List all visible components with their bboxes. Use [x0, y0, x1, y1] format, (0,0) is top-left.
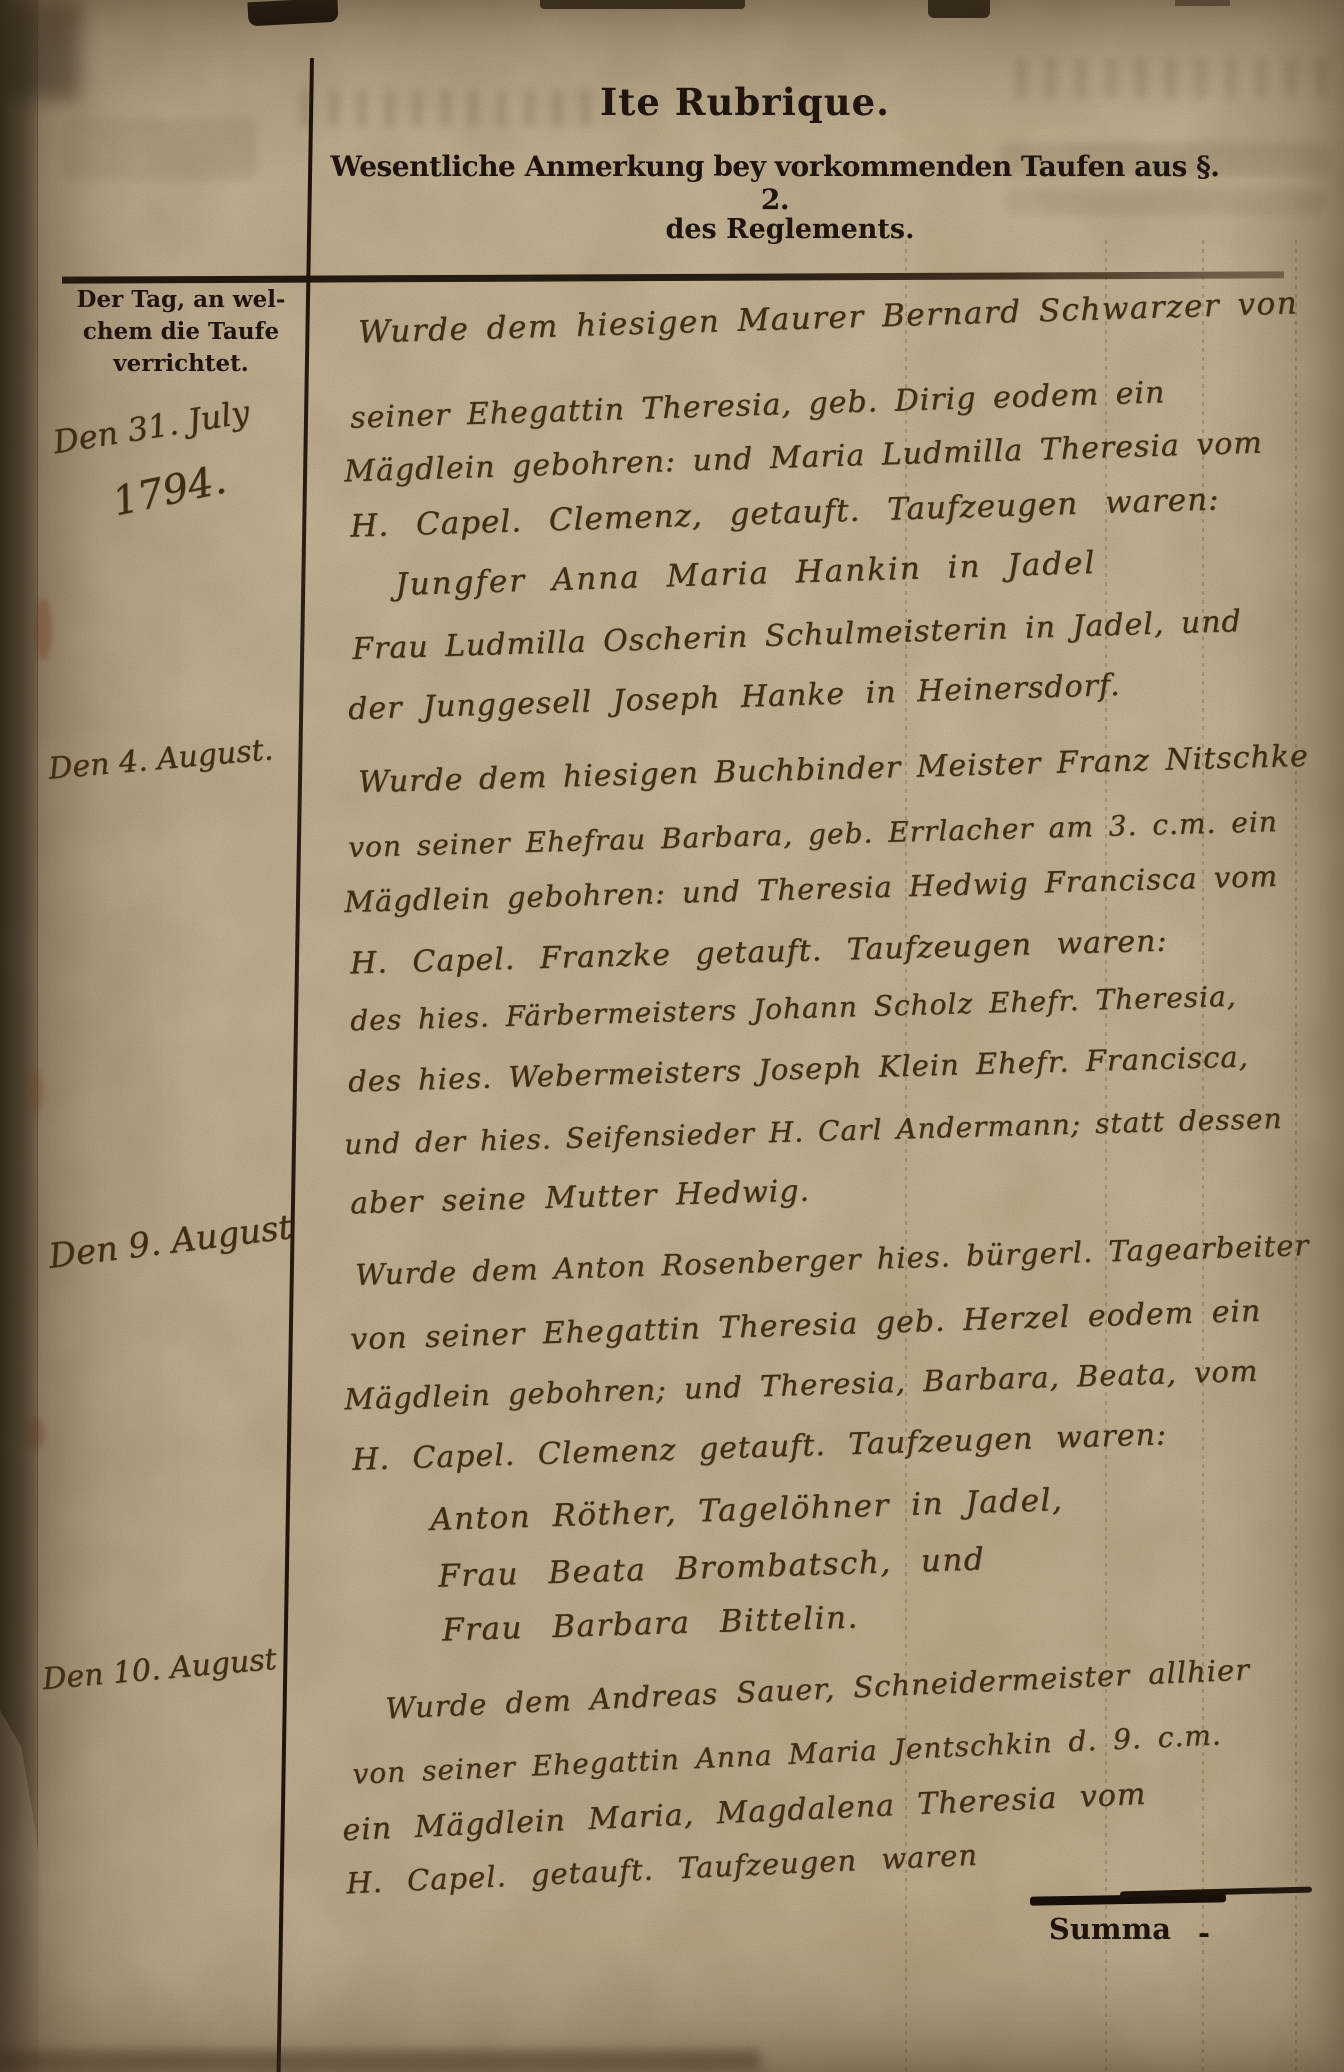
chain-line [1295, 240, 1297, 2072]
register-line: ein Mägdlein Maria, Magdalena Theresia v… [342, 1777, 1147, 1848]
register-page: Ite Rubrique. Wesentliche Anmerkung bey … [0, 0, 1344, 2072]
bleedthrough-mark [1015, 58, 1330, 98]
register-line: Wurde dem Andreas Sauer, Schneidermeiste… [385, 1652, 1251, 1725]
entry-date: Den 31. July [50, 393, 252, 462]
register-line: Frau Barbara Bittelin. [442, 1599, 860, 1648]
top-edge-mark [540, 0, 745, 9]
page-title: Ite Rubrique. [445, 80, 1045, 124]
stain [25, 1418, 45, 1450]
summa-label: Summa [1040, 1912, 1180, 1946]
register-line: Wurde dem hiesigen Buchbinder Meister Fr… [358, 739, 1309, 801]
bleedthrough-mark [62, 118, 257, 180]
register-line: Mägdlein gebohren: und Maria Ludmilla Th… [344, 426, 1264, 490]
corner-shadow [0, 0, 80, 100]
top-edge-mark [928, 0, 990, 18]
header-rule [62, 271, 1284, 283]
summa-dash: - [1198, 1916, 1210, 1950]
register-line: H. Capel. getauft. Taufzeugen waren [346, 1838, 979, 1901]
register-line: Mägdlein gebohren; und Theresia, Barbara… [344, 1354, 1259, 1417]
register-line: Anton Röther, Tagelöhner in Jadel, [430, 1482, 1064, 1538]
register-line: Jungfer Anna Maria Hankin in Jadel [395, 545, 1097, 603]
stain [34, 598, 52, 660]
register-line: der Junggesell Joseph Hanke in Heinersdo… [348, 668, 1121, 727]
register-line: Mägdlein gebohren: und Theresia Hedwig F… [344, 859, 1279, 919]
entry-date: 1794. [108, 457, 230, 526]
register-line: des hies. Webermeisters Joseph Klein Ehe… [348, 1039, 1249, 1098]
top-edge-mark [247, 0, 338, 26]
register-line: Wurde dem Anton Rosenberger hies. bürger… [355, 1228, 1310, 1292]
stain [28, 1068, 43, 1112]
register-line: Frau Beata Brombatsch, und [438, 1541, 986, 1594]
date-column-header-line: verrichtet. [56, 350, 306, 377]
register-line: und der hies. Seifensieder H. Carl Ander… [344, 1102, 1283, 1161]
date-column-header-line: chem die Taufe [56, 318, 306, 345]
entry-date: Den 4. August. [47, 732, 275, 787]
register-line: Wurde dem hiesigen Maurer Bernard Schwar… [358, 285, 1299, 351]
register-line: des hies. Färbermeisters Johann Scholz E… [350, 980, 1237, 1038]
register-line: H. Capel. Clemenz, getauft. Taufzeugen w… [350, 481, 1220, 544]
date-column-header-line: Der Tag, an wel- [56, 286, 306, 313]
register-line: H. Capel. Franzke getauft. Taufzeugen wa… [350, 924, 1168, 982]
header-subtitle: Wesentliche Anmerkung bey vorkommenden T… [315, 150, 1235, 216]
entry-date: Den 9. August [46, 1207, 294, 1277]
register-line: aber seine Mutter Hedwig. [350, 1174, 811, 1222]
top-edge-mark [1175, 0, 1230, 6]
bottom-edge-shadow [0, 2050, 760, 2072]
register-line: von seiner Ehefrau Barbara, geb. Errlach… [348, 805, 1278, 864]
header-subtitle2: des Reglements. [440, 214, 1140, 245]
register-line: Frau Ludmilla Oscherin Schulmeisterin in… [352, 604, 1243, 667]
register-line: seiner Ehegattin Theresia, geb. Dirig eo… [350, 375, 1166, 436]
register-line: von seiner Ehegattin Theresia geb. Herze… [350, 1294, 1262, 1358]
entry-date: Den 10. August [41, 1642, 278, 1697]
register-line: H. Capel. Clemenz getauft. Taufzeugen wa… [352, 1417, 1168, 1478]
